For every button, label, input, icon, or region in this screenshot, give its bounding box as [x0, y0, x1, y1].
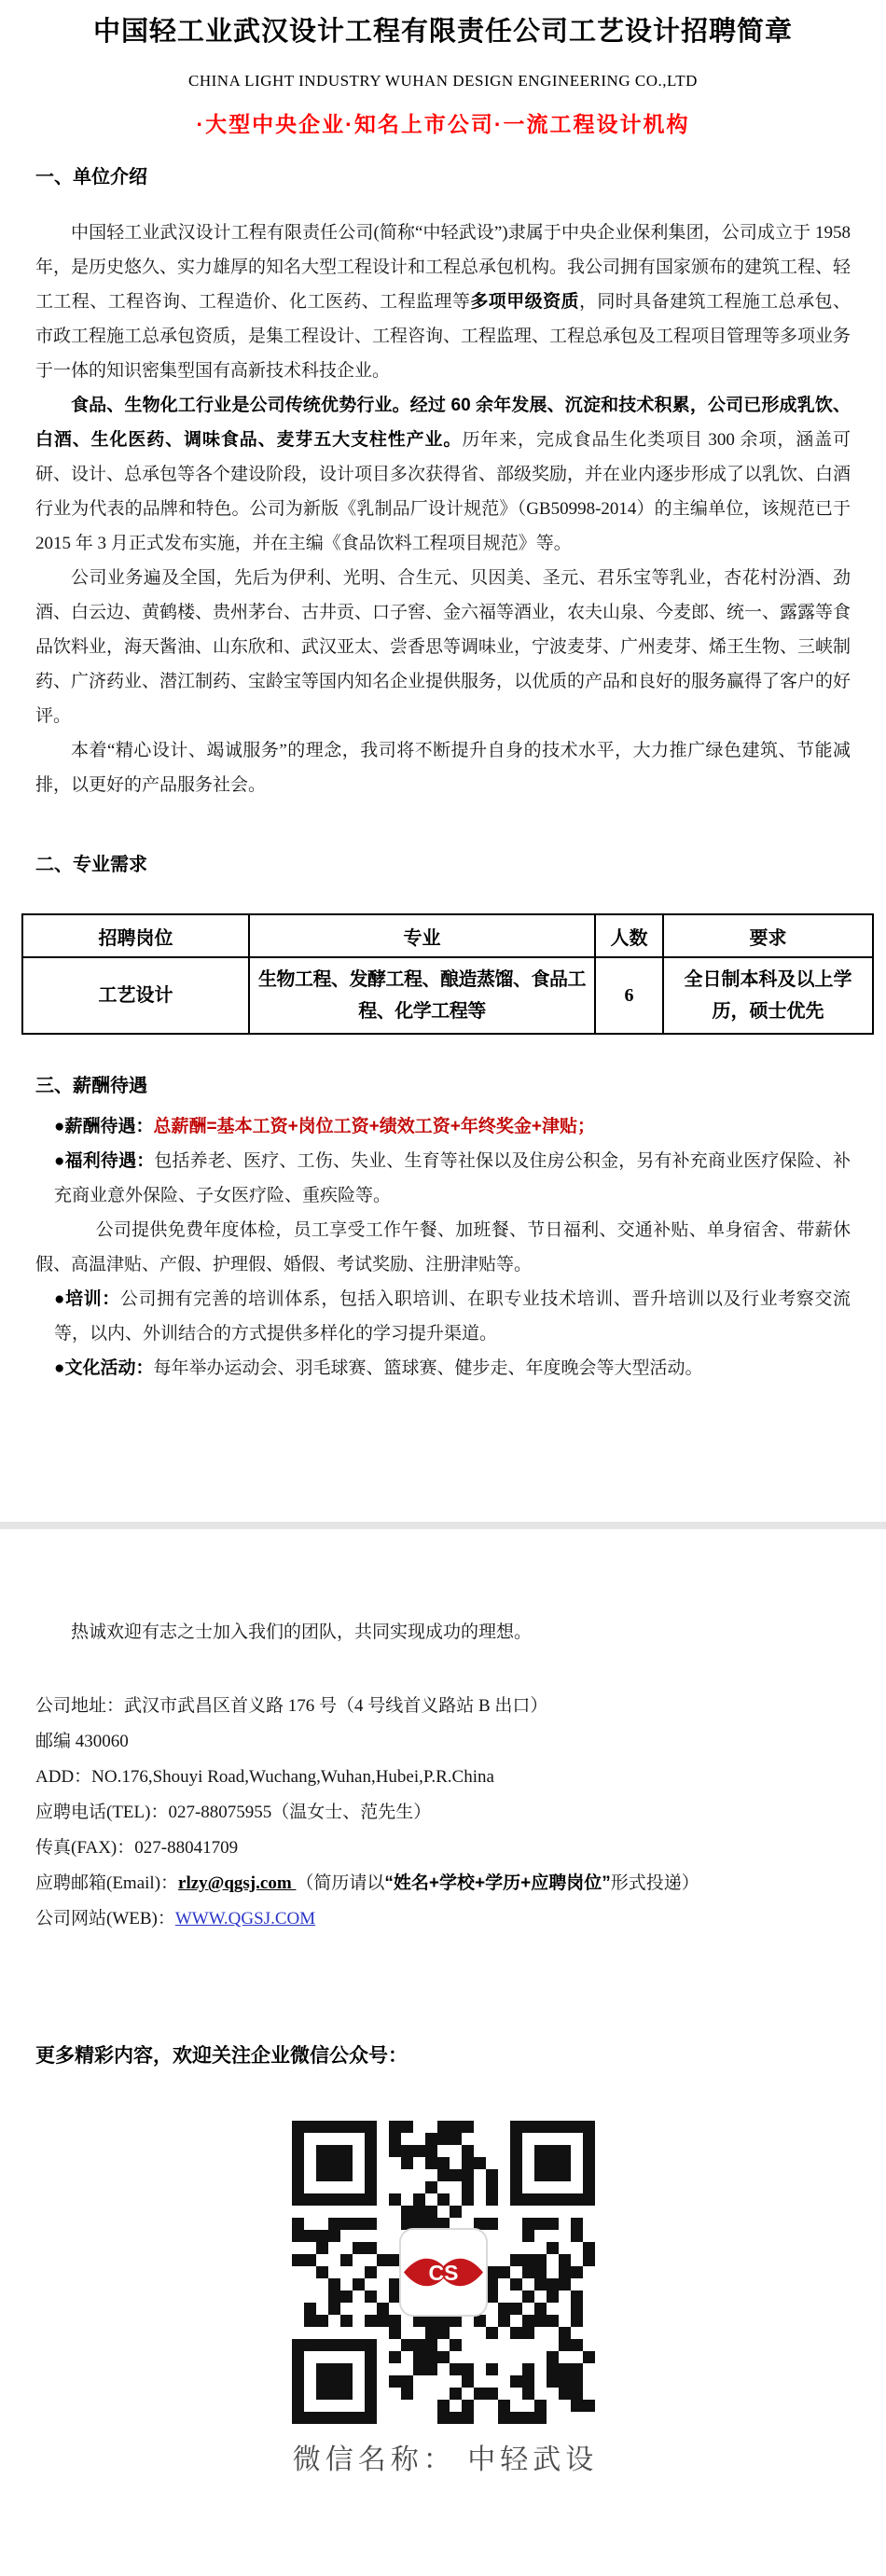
page-title: 中国轻工业武汉设计工程有限责任公司工艺设计招聘简章 — [0, 13, 886, 50]
salary-section: 三、薪酬待遇 ●薪酬待遇：总薪酬=基本工资+岗位工资+绩效工资+年终奖金+津贴；… — [0, 1072, 886, 1385]
intro-paragraph-4: 本着“精心设计、竭诚服务”的理念，我司将不断提升自身的技术水平，大力推广绿色建筑… — [35, 733, 851, 802]
intro-paragraph-3: 公司业务遍及全国，先后为伊利、光明、合生元、贝因美、圣元、君乐宝等乳业，杏花村汾… — [35, 561, 851, 733]
section-divider — [0, 1522, 886, 1529]
contact-address-en: ADD：NO.176,Shouyi Road,Wuchang,Wuhan,Hub… — [35, 1760, 851, 1795]
cell-majors: 生物工程、发酵工程、酿造蒸馏、食品工程、化学工程等 — [249, 957, 595, 1034]
recruitment-table: 招聘岗位 专业 人数 要求 工艺设计 生物工程、发酵工程、酿造蒸馏、食品工程、化… — [21, 913, 874, 1035]
need-section: 二、专业需求 招聘岗位 专业 人数 要求 工艺设计 生物工程、发酵工程、酿造蒸馏… — [0, 851, 886, 1035]
salary-item-culture: ●文化活动：每年举办运动会、羽毛球赛、篮球赛、健步走、年度晚会等大型活动。 — [35, 1351, 851, 1385]
svg-text:CS: CS — [428, 2261, 458, 2285]
salary-item-pay: ●薪酬待遇：总薪酬=基本工资+岗位工资+绩效工资+年终奖金+津贴； — [35, 1109, 851, 1144]
contact-address-cn: 公司地址：武汉市武昌区首义路 176 号（4 号线首义路站 B 出口） — [35, 1689, 851, 1724]
intro-paragraph-1: 中国轻工业武汉设计工程有限责任公司(简称“中轻武设”)隶属于中央企业保利集团，公… — [35, 216, 851, 388]
contact-fax: 传真(FAX)：027-88041709 — [35, 1831, 851, 1866]
col-header-major: 专业 — [249, 914, 595, 957]
intro-heading: 一、单位介绍 — [35, 163, 851, 191]
salary-heading: 三、薪酬待遇 — [35, 1072, 851, 1100]
contact-website: 公司网站(WEB)：WWW.QGSJ.COM — [35, 1901, 851, 1937]
contact-block: 公司地址：武汉市武昌区首义路 176 号（4 号线首义路站 B 出口） 邮编 4… — [35, 1689, 851, 1937]
salary-item-benefits-cont: 公司提供免费年度体检，员工享受工作午餐、加班餐、节日福利、交通补贴、单身宿舍、带… — [35, 1213, 851, 1282]
col-header-position: 招聘岗位 — [22, 914, 249, 957]
need-heading: 二、专业需求 — [35, 851, 851, 879]
email-link[interactable]: rlzy@qgsj.com — [178, 1873, 296, 1893]
website-link[interactable]: WWW.QGSJ.COM — [175, 1909, 315, 1929]
salary-item-training: ●培训：公司拥有完善的培训体系，包括入职培训、在职专业技术培训、晋升培训以及行业… — [35, 1282, 851, 1351]
table-header-row: 招聘岗位 专业 人数 要求 — [22, 914, 873, 957]
cell-headcount: 6 — [595, 957, 663, 1034]
cell-position: 工艺设计 — [22, 957, 249, 1034]
cell-requirement: 全日制本科及以上学历，硕士优先 — [663, 957, 873, 1034]
wechat-qr-code: CS — [292, 2121, 595, 2424]
document-page: { "theme":{ "accent-red":"#ff0000", "sal… — [0, 0, 886, 2576]
wechat-promo-line: 更多精彩内容，欢迎关注企业微信公众号： — [35, 2041, 851, 2071]
english-subtitle: CHINA LIGHT INDUSTRY WUHAN DESIGN ENGINE… — [0, 70, 886, 92]
salary-item-benefits: ●福利待遇：包括养老、医疗、工伤、失业、生育等社保以及住房公积金，另有补充商业医… — [35, 1144, 851, 1213]
contact-email: 应聘邮箱(Email)：rlzy@qgsj.com （简历请以“姓名+学校+学历… — [35, 1866, 851, 1901]
col-header-requirement: 要求 — [663, 914, 873, 957]
welcome-line: 热诚欢迎有志之士加入我们的团队，共同实现成功的理想。 — [35, 1615, 851, 1650]
intro-section: 一、单位介绍 中国轻工业武汉设计工程有限责任公司(简称“中轻武设”)隶属于中央企… — [0, 163, 886, 802]
col-header-headcount: 人数 — [595, 914, 663, 957]
wechat-name-caption: 微信名称： 中轻武设 — [0, 2441, 886, 2480]
table-row: 工艺设计 生物工程、发酵工程、酿造蒸馏、食品工程、化学工程等 6 全日制本科及以… — [22, 957, 873, 1034]
intro-paragraph-2: 食品、生物化工行业是公司传统优势行业。经过 60 余年发展、沉淀和技术积累，公司… — [35, 388, 851, 561]
contact-postcode: 邮编 430060 — [35, 1724, 851, 1760]
slogan-line: ·大型中央企业·知名上市公司·一流工程设计机构 — [0, 108, 886, 140]
contact-phone: 应聘电话(TEL)：027-88075955（温女士、范先生） — [35, 1795, 851, 1831]
